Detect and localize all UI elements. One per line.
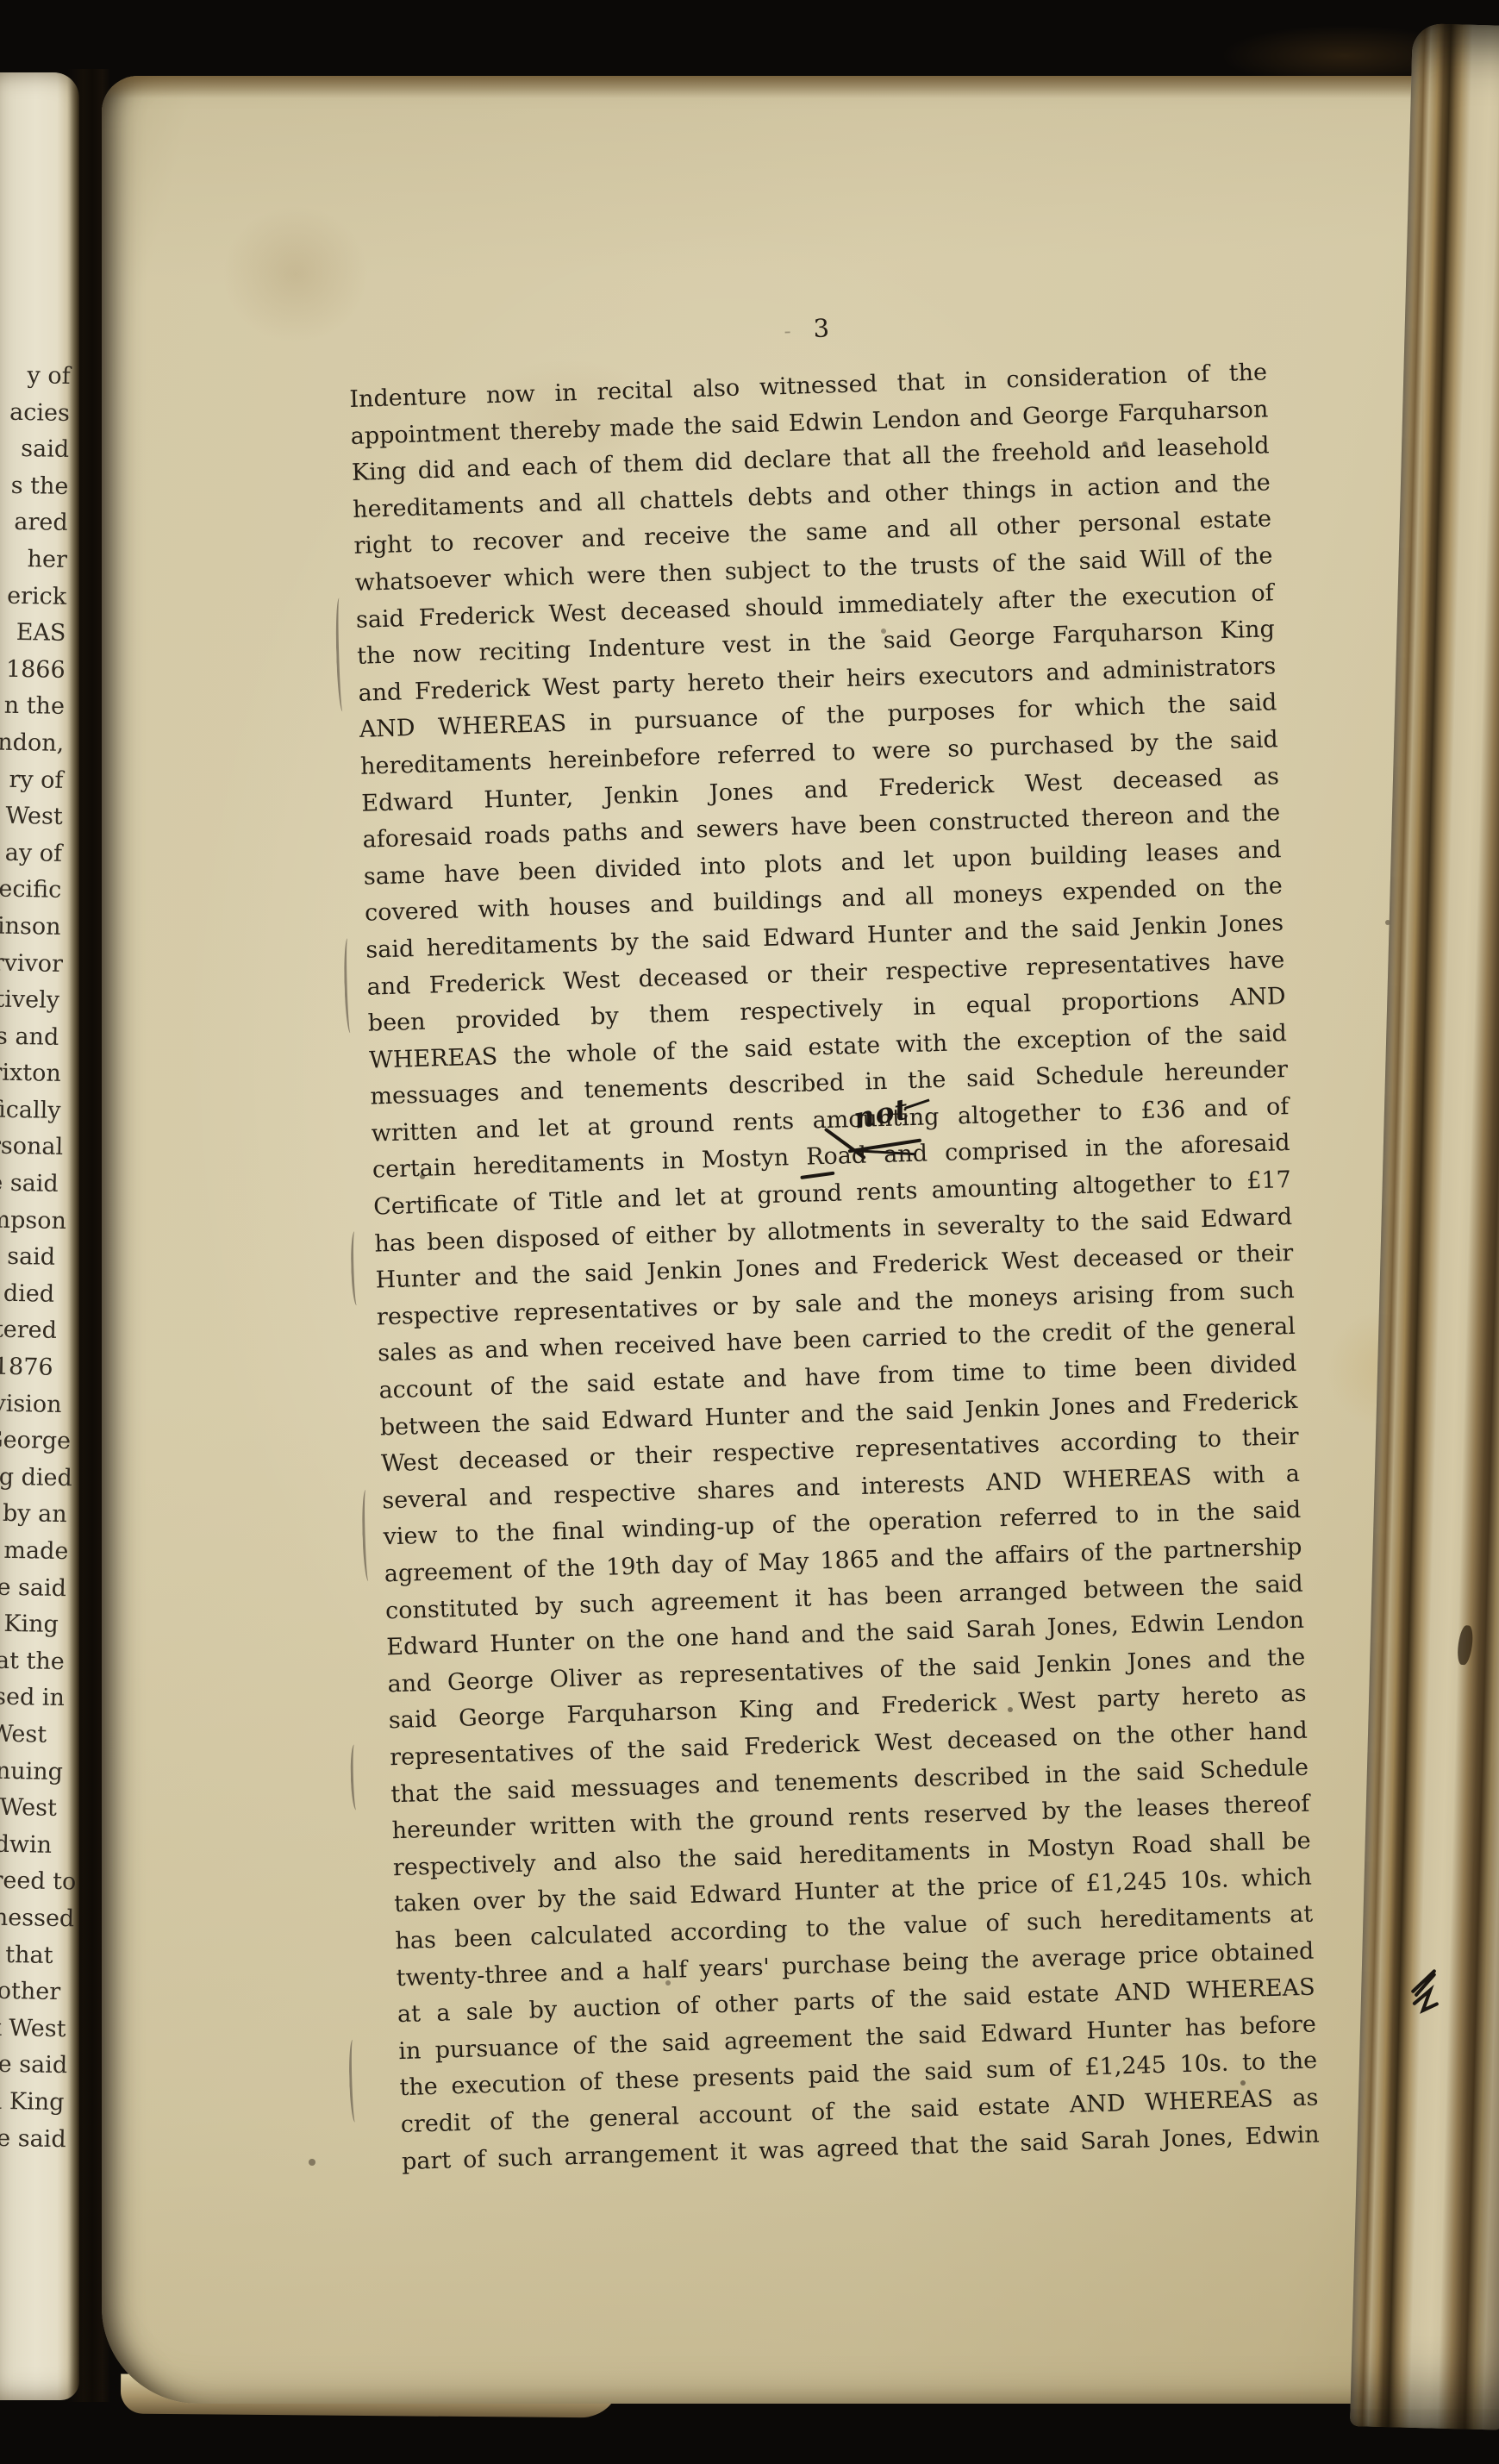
book-page: -3 not Indenture now in recital also wit… — [102, 76, 1455, 2404]
paper-specks — [102, 76, 105, 79]
text-fragment: said — [2, 431, 70, 469]
book-photo: y ofaciessaids thearedhererickEAS1866n t… — [0, 0, 1499, 2464]
text-fragment: ivision — [0, 1385, 53, 1423]
text-fragment: ared — [0, 504, 68, 542]
margin-pen-mark — [361, 1490, 380, 1582]
text-fragment: hat the — [0, 1642, 48, 1680]
margin-pen-mark — [350, 1744, 368, 1810]
text-fragment: tively — [0, 982, 59, 1020]
text-fragment: Edwin — [0, 1826, 45, 1864]
ink-tick-mark — [1403, 1965, 1460, 2036]
text-fragment: erick — [0, 578, 67, 616]
text-fragment: on King — [0, 2083, 41, 2121]
text-fragment: West — [0, 1716, 47, 1754]
margin-pen-mark — [350, 1231, 369, 1306]
text-fragment: acies — [3, 394, 71, 432]
deed-text-block: not Indenture now in recital also witnes… — [349, 354, 1320, 2180]
text-fragment: the said — [0, 2047, 41, 2085]
text-fragment: 1866 — [0, 651, 66, 689]
text-fragment: k West — [0, 1790, 46, 1828]
text-fragment: s said — [0, 1239, 55, 1277]
page-number: 3 — [813, 313, 829, 343]
text-fragment: ltered — [0, 1312, 54, 1350]
text-fragment: West — [0, 798, 63, 836]
text-fragment: ck West — [0, 2010, 42, 2048]
text-fragment: osed in — [0, 1679, 47, 1717]
text-fragment: he said — [0, 1569, 49, 1607]
text-fragment: EAS — [0, 615, 66, 653]
text-fragment: greed to — [0, 1863, 45, 1901]
text-fragment: ndon, — [0, 725, 65, 763]
text-fragment: ry of — [0, 761, 64, 799]
text-fragment: rvivor — [0, 945, 60, 983]
text-fragment: ecific — [0, 872, 62, 910]
page-edge-notch — [1456, 1624, 1475, 1666]
text-fragment: ll other — [0, 1973, 42, 2011]
text-fragment: 1876 — [0, 1348, 53, 1386]
text-fragment: s and — [0, 1018, 59, 1056]
text-fragment: itnessed — [0, 1899, 44, 1937]
text-fragment: George — [0, 1423, 52, 1460]
text-fragment: n King — [0, 1606, 49, 1644]
margin-pen-mark — [348, 2039, 367, 2123]
margin-pen-mark — [343, 938, 362, 1034]
text-fragment: s the — [1, 467, 69, 505]
facing-page-text-fragments: y ofaciessaids thearedhererickEAS1866n t… — [0, 358, 71, 2158]
text-fragment: mpson — [0, 1202, 56, 1240]
text-fragment: fically — [0, 1091, 58, 1129]
text-fragment: tinuing — [0, 1753, 47, 1791]
text-fragment: y of — [3, 358, 71, 396]
text-fragment: rsonal — [0, 1129, 57, 1166]
text-fragment: e made — [0, 1532, 50, 1570]
text-fragment: in that — [0, 1936, 43, 1974]
text-fragment: ng died — [0, 1459, 52, 1497]
margin-pen-mark — [334, 597, 354, 712]
page-number-dash: - — [784, 318, 814, 343]
text-fragment: the said — [0, 2120, 40, 2158]
text-fragment: n the — [0, 688, 65, 726]
text-fragment: rixton — [0, 1055, 59, 1093]
text-fragment: her — [0, 541, 67, 579]
page-content: -3 not Indenture now in recital also wit… — [102, 76, 1455, 2404]
text-fragment: inson — [0, 908, 61, 946]
text-fragment: s by an — [0, 1496, 51, 1534]
text-fragment: e said — [0, 1166, 57, 1204]
text-fragment: died — [0, 1275, 54, 1313]
page-number-row: -3 — [347, 300, 1266, 357]
text-fragment: ay of — [0, 835, 62, 872]
